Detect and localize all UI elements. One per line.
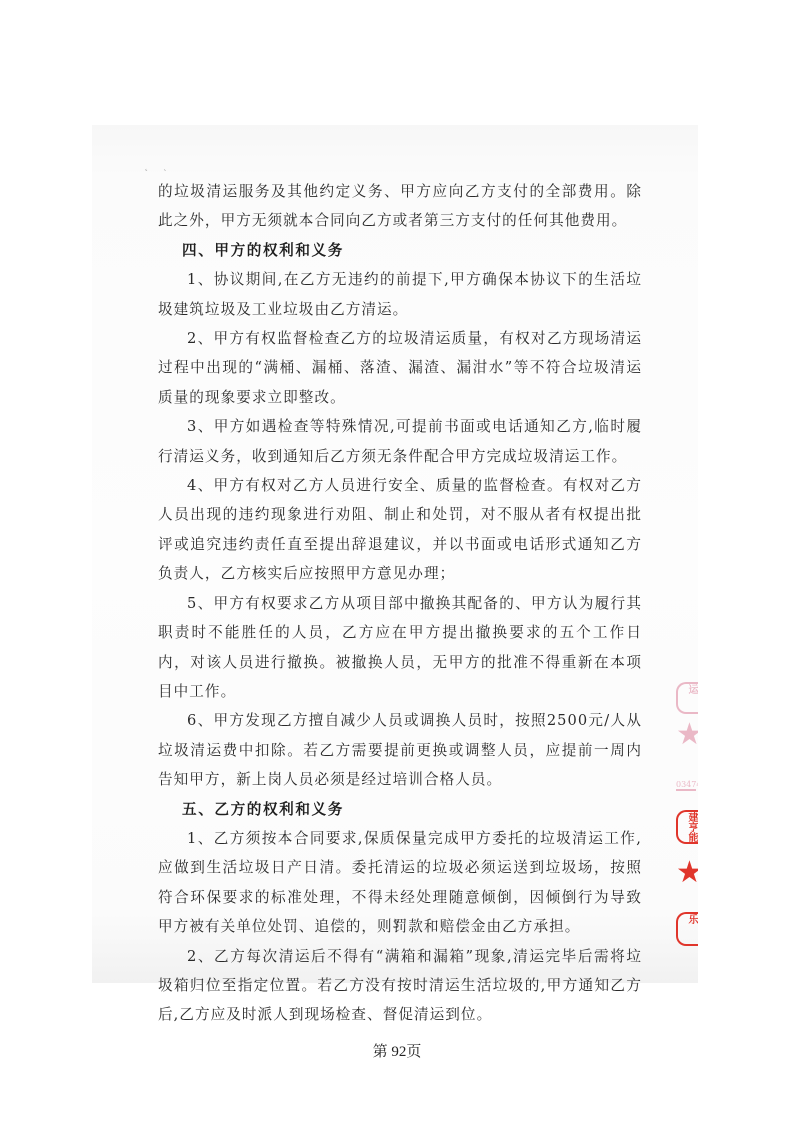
section-heading-party-a: 四、甲方的权利和义务: [158, 236, 642, 265]
seal-stamps-edge: 运 ★ 03474 建亨能 ★ 乐: [676, 680, 698, 955]
clause-a-2: 2、甲方有权监督检查乙方的垃圾清运质量，有权对乙方现场清运过程中出现的“满桶、漏…: [158, 324, 642, 412]
faint-seal-star-icon: ★: [676, 720, 698, 750]
paragraph-continuation: 的垃圾清运服务及其他约定义务、甲方应向乙方支付的全部费用。除此之外，甲方无须就本…: [158, 177, 642, 236]
clause-a-4: 4、甲方有权对乙方人员进行安全、质量的监督检查。有权对乙方人员出现的违约现象进行…: [158, 471, 642, 589]
clause-a-5: 5、甲方有权要求乙方从项目部中撤换其配备的、甲方认为履行其职责时不能胜任的人员，…: [158, 589, 642, 707]
red-seal-fragment-name: 建亨能: [676, 810, 698, 844]
clause-b-2: 2、乙方每次清运后不得有“满箱和漏箱”现象,清运完毕后需将垃圾箱归位至指定位置。…: [158, 942, 642, 1030]
inner-page-number: 3: [393, 917, 399, 932]
pdf-page-label: 第 92页: [0, 1040, 794, 1061]
clause-a-3: 3、甲方如遇检查等特殊情况,可提前书面或电话通知乙方,临时履行清运义务，收到通知…: [158, 412, 642, 471]
red-seal-star-icon: ★: [676, 858, 698, 888]
contract-body: 的垃圾清运服务及其他约定义务、甲方应向乙方支付的全部费用。除此之外，甲方无须就本…: [158, 177, 642, 1030]
clause-a-1: 1、协议期间,在乙方无违约的前提下,甲方确保本协议下的生活垃圾建筑垃圾及工业垃圾…: [158, 265, 642, 324]
clause-a-6: 6、甲方发现乙方擅自减少人员或调换人员时，按照2500元/人从垃圾清运费中扣除。…: [158, 706, 642, 794]
faint-seal-number: 03474: [676, 780, 696, 791]
scan-artifact: ˛ ˏ: [144, 161, 174, 171]
faint-seal-fragment-top: 运: [676, 682, 698, 714]
red-seal-fragment-bottom: 乐: [676, 912, 698, 946]
section-heading-party-b: 五、乙方的权利和义务: [158, 795, 642, 824]
clause-b-1: 1、乙方须按本合同要求,保质保量完成甲方委托的垃圾清运工作,应做到生活垃圾日产日…: [158, 824, 642, 942]
